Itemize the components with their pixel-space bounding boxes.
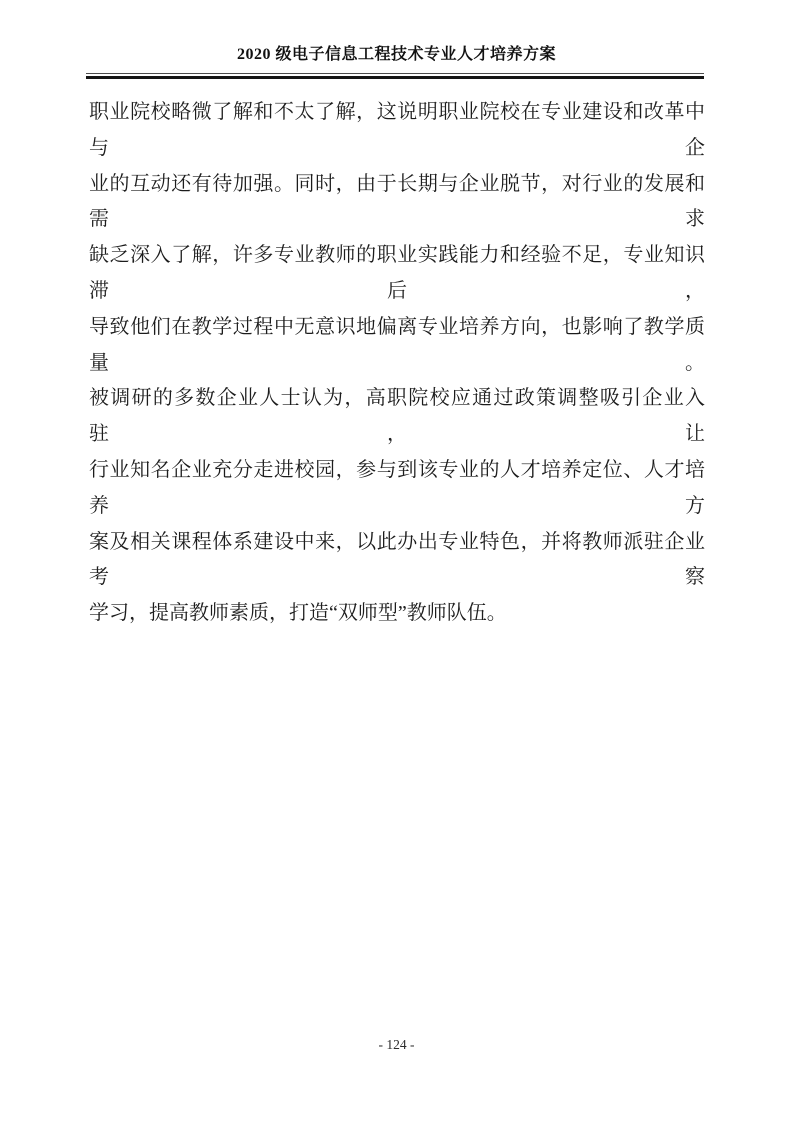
body-text-line: 业的互动还有待加强。同时，由于长期与企业脱节，对行业的发展和需求	[89, 167, 705, 239]
document-page: 2020 级电子信息工程技术专业人才培养方案 职业院校略微了解和不太了解，这说明…	[0, 0, 793, 1122]
body-text-line: 导致他们在教学过程中无意识地偏离专业培养方向，也影响了教学质量。	[89, 310, 705, 382]
body-text-line: 职业院校略微了解和不太了解，这说明职业院校在专业建设和改革中与企	[89, 95, 705, 167]
page-header-title: 2020 级电子信息工程技术专业人才培养方案	[0, 44, 793, 66]
page-footer: - 124 -	[0, 1036, 793, 1054]
body-text-line: 案及相关课程体系建设中来，以此办出专业特色，并将教师派驻企业考察	[89, 525, 705, 597]
body-text: 职业院校略微了解和不太了解，这说明职业院校在专业建设和改革中与企 业的互动还有待…	[89, 95, 705, 632]
body-text-line: 行业知名企业充分走进校园，参与到该专业的人才培养定位、人才培养方	[89, 453, 705, 525]
header-rule	[86, 73, 704, 79]
body-text-line: 学习，提高教师素质，打造“双师型”教师队伍。	[89, 596, 705, 632]
body-text-line: 被调研的多数企业人士认为，高职院校应通过政策调整吸引企业入驻，让	[89, 381, 705, 453]
page-number: - 124 -	[379, 1037, 415, 1052]
body-text-line: 缺乏深入了解，许多专业教师的职业实践能力和经验不足，专业知识滞后，	[89, 238, 705, 310]
